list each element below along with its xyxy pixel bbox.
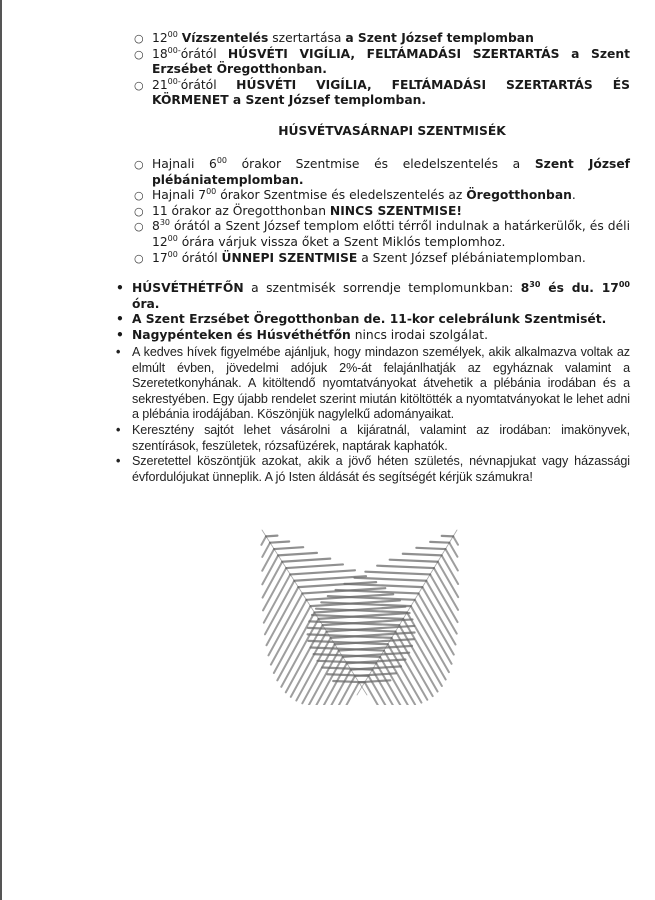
disc-bullet-icon: • [116, 281, 124, 297]
announcement-text: A kedves hívek figyelmébe ajánljuk, hogy… [132, 345, 630, 421]
schedule-item: ○2100-órától HÚSVÉTI VIGÍLIA, FELTÁMADÁS… [152, 78, 630, 109]
text: 11 órakor az Öregotthonban [152, 204, 330, 218]
time-superscript: 00 [619, 280, 630, 289]
schedule-item: ○1800-órától HÚSVÉTI VIGÍLIA, FELTÁMADÁS… [152, 47, 630, 78]
palm-branches-icon [242, 515, 482, 705]
announcements-list: •A kedves hívek figyelmébe ajánljuk, hog… [132, 345, 630, 485]
text: Hajnali 6 [152, 157, 217, 171]
circle-bullet-icon: ○ [134, 157, 144, 173]
mass-item: ○830 órától a Szent József templom előtt… [152, 219, 630, 250]
bold-text: 8 [521, 281, 530, 295]
announcement-text: Keresztény sajtót lehet vásárolni a kijá… [132, 423, 630, 453]
bold-text: a Szent József templomban [345, 31, 533, 45]
disc-bullet-icon: • [116, 454, 120, 470]
bold-text: Öregotthonban [466, 188, 572, 202]
disc-bullet-icon: • [116, 328, 124, 344]
circle-bullet-icon: ○ [134, 47, 144, 63]
announcement-text: Szeretettel köszöntjük azokat, akik a jö… [132, 454, 630, 484]
bold-text: óra. [132, 297, 159, 311]
text: . [572, 188, 576, 202]
text: órától [178, 251, 222, 265]
circle-bullet-icon: ○ [134, 78, 144, 94]
info-item: •HÚSVÉTHÉTFŐN a szentmisék sorrendje tem… [132, 281, 630, 312]
circle-bullet-icon: ○ [134, 219, 144, 235]
circle-bullet-icon: ○ [134, 204, 144, 220]
time-superscript: 00- [168, 77, 181, 86]
text: szertartása [268, 31, 345, 45]
info-item: •Nagypénteken és Húsvéthétfőn nincs irod… [132, 328, 630, 344]
schedule-item: ○1200 Vízszentelés szertartása a Szent J… [152, 31, 630, 47]
circle-bullet-icon: ○ [134, 251, 144, 267]
text: órakor Szentmise és eledelszentelés a [227, 157, 535, 171]
mass-item: ○11 órakor az Öregotthonban NINCS SZENTM… [152, 204, 630, 220]
circle-bullet-icon: ○ [134, 31, 144, 47]
text: 8 [152, 219, 160, 233]
text: a szentmisék sorrendje templomunkban: [244, 281, 521, 295]
text: órától [181, 47, 228, 61]
time-text: 21 [152, 78, 168, 92]
time-superscript: 00- [168, 46, 181, 55]
text: órára várjuk vissza őket a Szent Miklós … [178, 235, 506, 249]
disc-bullet-icon: • [116, 312, 124, 328]
document-page: ○1200 Vízszentelés szertartása a Szent J… [2, 0, 655, 900]
time-superscript: 30 [529, 280, 540, 289]
text: órakor Szentmise és eledelszentelés az [216, 188, 466, 202]
announcement-item: •Keresztény sajtót lehet vásárolni a kij… [132, 423, 630, 454]
time-superscript: 00 [168, 250, 178, 259]
monday-info-list: •HÚSVÉTHÉTFŐN a szentmisék sorrendje tem… [132, 281, 630, 343]
bold-text: A Szent Erzsébet Öregotthonban de. 11-ko… [132, 312, 606, 326]
time-superscript: 00 [217, 156, 227, 165]
time-superscript: 30 [160, 218, 170, 227]
sunday-mass-list: ○Hajnali 600 órakor Szentmise és eledels… [152, 157, 630, 266]
announcement-item: •Szeretettel köszöntjük azokat, akik a j… [132, 454, 630, 485]
time-superscript: 00 [168, 30, 178, 39]
mass-item: ○1700 órától ÜNNEPI SZENTMISE a Szent Jó… [152, 251, 630, 267]
bold-text: Nagypénteken és Húsvéthétfőn [132, 328, 351, 342]
mass-item: ○Hajnali 700 órakor Szentmise és eledels… [152, 188, 630, 204]
text: 17 [152, 251, 168, 265]
announcement-item: •A kedves hívek figyelmébe ajánljuk, hog… [132, 345, 630, 423]
bold-text: NINCS SZENTMISE! [330, 204, 462, 218]
text: a Szent József plébániatemplomban. [357, 251, 586, 265]
text: nincs irodai szolgálat. [351, 328, 488, 342]
circle-bullet-icon: ○ [134, 188, 144, 204]
text: órától [181, 78, 236, 92]
saturday-schedule-list: ○1200 Vízszentelés szertartása a Szent J… [152, 31, 630, 109]
sunday-heading: HÚSVÉTVASÁRNAPI SZENTMISÉK [142, 124, 642, 138]
bold-text: HÚSVÉTHÉTFŐN [132, 281, 244, 295]
bold-text: ÜNNEPI SZENTMISE [222, 251, 358, 265]
time-text: 18 [152, 47, 168, 61]
bold-text: és du. 17 [540, 281, 618, 295]
time-text: 12 [152, 31, 168, 45]
time-superscript: 00 [206, 187, 216, 196]
disc-bullet-icon: • [116, 345, 120, 361]
text: Hajnali 7 [152, 188, 206, 202]
bold-text: Vízszentelés [182, 31, 269, 45]
info-item: •A Szent Erzsébet Öregotthonban de. 11-k… [132, 312, 630, 328]
mass-item: ○Hajnali 600 órakor Szentmise és eledels… [152, 157, 630, 188]
disc-bullet-icon: • [116, 423, 120, 439]
time-superscript: 00 [168, 234, 178, 243]
